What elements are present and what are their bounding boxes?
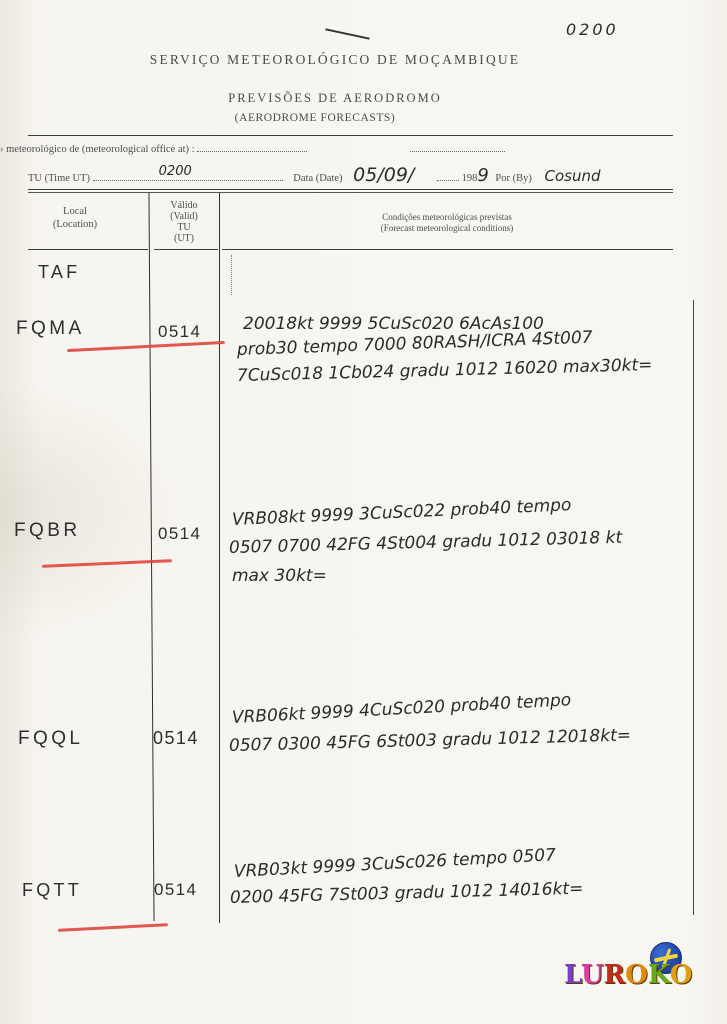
valid-tu-label: TU <box>152 222 216 233</box>
logo-letter: O <box>670 960 693 990</box>
row-valid: 0514 <box>158 322 201 342</box>
column-header-conditions: Condições meteorológicas previstas (Fore… <box>222 212 672 234</box>
conditions-label: Condições meteorológicas previstas <box>222 212 672 223</box>
office-label: › meteorológico de (meteorological offic… <box>0 144 195 155</box>
date-dots <box>437 180 459 181</box>
column-divider-dotted <box>231 255 232 295</box>
time-line: TU (Time UT) 0200 Data (Date) 05/09/ 198… <box>28 164 601 186</box>
row-location: FQBR <box>14 520 80 542</box>
time-label: TU (Time UT) <box>28 173 90 184</box>
by-value: Cosund <box>545 167 601 185</box>
form-title: PREVISÕES DE AERODROMO <box>0 91 670 106</box>
logo-letter: R <box>604 960 626 990</box>
location-label-en: (Location) <box>30 218 120 231</box>
logo-letter: L <box>564 960 581 990</box>
row-valid: 0514 <box>158 524 201 544</box>
office-field <box>197 151 307 152</box>
location-label: Local <box>30 205 120 218</box>
time-value: 0200 <box>159 164 192 179</box>
valid-label-en: (Valid) <box>152 211 216 222</box>
valid-ut-label: (UT) <box>152 233 216 244</box>
by-label: Por (By) <box>495 173 531 184</box>
page-number: 0200 <box>566 20 619 39</box>
organization-title: SERVIÇO METEOROLÓGICO DE MOÇAMBIQUE <box>0 52 670 68</box>
date-label: Data (Date) <box>293 173 342 184</box>
year-prefix: 198 <box>462 173 478 184</box>
form-subtitle: (AERODROME FORECASTS) <box>0 112 630 124</box>
row-location: FQQL <box>18 728 83 750</box>
valid-label: Válido <box>152 200 216 211</box>
office-field-extra <box>410 151 505 152</box>
table-header-rule-right <box>222 249 673 250</box>
logo-letter: K <box>648 960 670 990</box>
year-value: 9 <box>477 165 488 186</box>
date-value: 05/09/ <box>353 164 414 186</box>
row-location: FQTT <box>22 880 82 901</box>
section-label-taf: TAF <box>38 262 80 283</box>
column-divider-2 <box>219 193 220 923</box>
right-margin-line <box>693 300 694 915</box>
row-valid: 0514 <box>154 880 197 900</box>
logo-text: LUROKO <box>564 960 692 990</box>
column-header-valid: Válido (Valid) TU (UT) <box>152 200 216 244</box>
meta-rule <box>28 189 673 193</box>
table-header-rule-mid <box>154 249 218 250</box>
logo-letter: U <box>581 960 604 990</box>
column-header-location: Local (Location) <box>30 205 120 231</box>
row-location: FQMA <box>16 318 85 340</box>
time-field: 0200 <box>93 168 283 181</box>
conditions-label-en: (Forecast meteorological conditions) <box>222 223 672 234</box>
row-valid: 0514 <box>153 728 199 749</box>
office-line: › meteorológico de (meteorological offic… <box>0 144 505 155</box>
forecast-line: max 30kt= <box>232 566 327 586</box>
watermark-logo: LUROKO <box>564 960 692 990</box>
table-header-rule <box>28 249 148 250</box>
header-rule <box>28 135 673 136</box>
logo-letter: O <box>625 960 648 990</box>
